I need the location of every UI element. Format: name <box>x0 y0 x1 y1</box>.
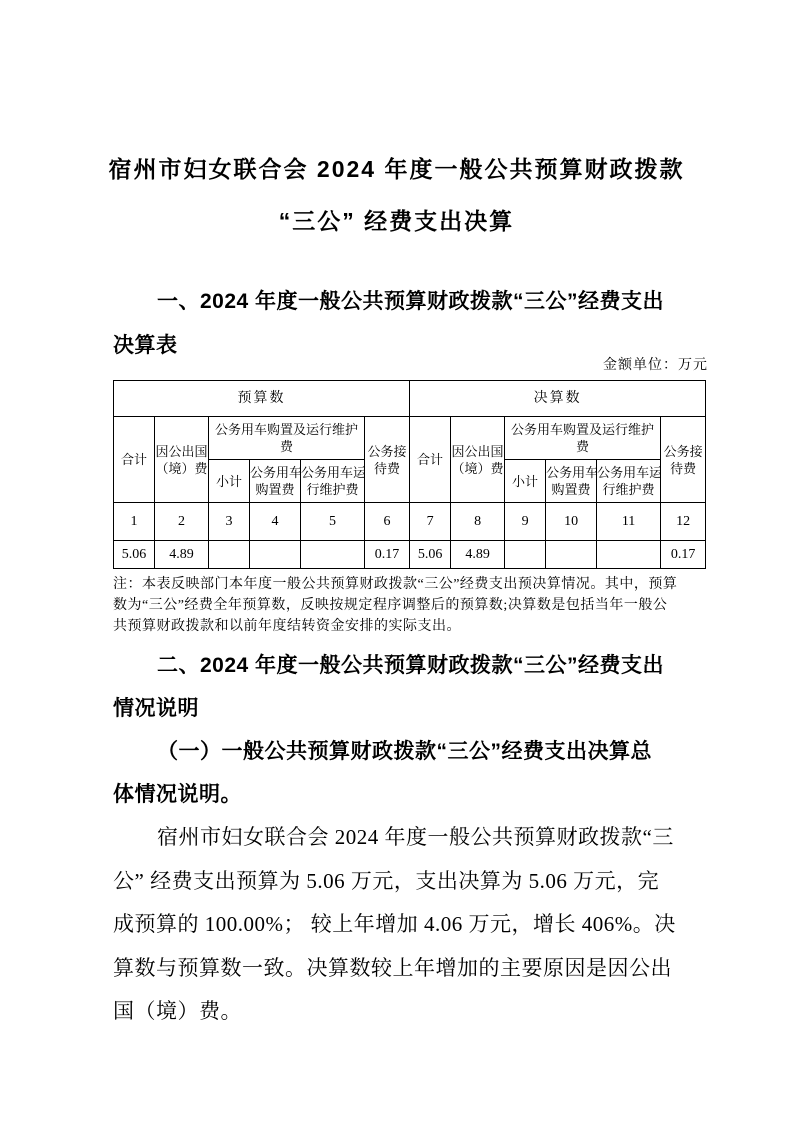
budget-reception-header-line-2: 待费 <box>365 460 409 477</box>
budget-total-header: 合计 <box>114 417 155 503</box>
three-public-expense-table: 预算数 决算数 合计 因公出国 （境）费 公务用车购置及运行维护费 公务接 待费… <box>113 380 706 569</box>
col-number: 2 <box>155 503 209 541</box>
final-vehicle-maintenance-line-1: 公务用车运 <box>597 464 660 481</box>
title-line-1: 宿州市妇女联合会 2024 年度一般公共预算财政拨款 <box>0 143 793 195</box>
budget-reception-header: 公务接 待费 <box>365 417 410 503</box>
table-header-row-top: 合计 因公出国 （境）费 公务用车购置及运行维护费 公务接 待费 合计 因公出国… <box>114 417 706 460</box>
col-number: 7 <box>410 503 451 541</box>
budget-vehicle-group-header: 公务用车购置及运行维护费 <box>209 417 365 460</box>
note-line-2: 数为“三公”经费全年预算数，反映按规定程序调整后的预算数;决算数是包括当年一般公 <box>113 595 708 616</box>
value-cell: 4.89 <box>155 541 209 569</box>
value-cell <box>597 541 661 569</box>
paragraph-line-4: 算数与预算数一致。决算数较上年增加的主要原因是因公出 <box>113 947 708 991</box>
final-total-header: 合计 <box>410 417 451 503</box>
final-abroad-header-line-2: （境）费 <box>451 460 504 477</box>
section2-heading-line-1: 二、2024 年度一般公共预算财政拨款“三公”经费支出 <box>113 644 708 687</box>
budget-vehicle-subtotal-header: 小计 <box>209 460 250 503</box>
final-abroad-header-line-1: 因公出国 <box>451 443 504 460</box>
budget-group-header: 预算数 <box>114 381 410 417</box>
value-cell: 5.06 <box>410 541 451 569</box>
paragraph-line-3: 成预算的 100.00%； 较上年增加 4.06 万元，增长 406%。决 <box>113 903 708 947</box>
value-cell <box>209 541 250 569</box>
final-vehicle-maintenance-header: 公务用车运 行维护费 <box>597 460 661 503</box>
final-vehicle-subtotal-header: 小计 <box>505 460 546 503</box>
subsection1-heading-line-1: （一）一般公共预算财政拨款“三公”经费支出决算总 <box>113 730 708 773</box>
note-line-3: 共预算财政拨款和以前年度结转资金安排的实际支出。 <box>113 616 708 637</box>
final-vehicle-group-header: 公务用车购置及运行维护费 <box>505 417 661 460</box>
col-number: 6 <box>365 503 410 541</box>
budget-vehicle-maintenance-line-1: 公务用车运 <box>301 464 364 481</box>
body-paragraph: 宿州市妇女联合会 2024 年度一般公共预算财政拨款“三 公” 经费支出预算为 … <box>113 816 708 1034</box>
value-cell <box>301 541 365 569</box>
budget-vehicle-maintenance-line-2: 行维护费 <box>301 481 364 498</box>
col-number: 12 <box>661 503 706 541</box>
budget-abroad-header: 因公出国 （境）费 <box>155 417 209 503</box>
budget-vehicle-purchase-line-2: 购置费 <box>250 481 300 498</box>
final-vehicle-purchase-line-2: 购置费 <box>546 481 596 498</box>
paragraph-line-5: 国（境）费。 <box>113 990 708 1034</box>
col-number: 11 <box>597 503 661 541</box>
final-reception-header: 公务接 待费 <box>661 417 706 503</box>
paragraph-line-2: 公” 经费支出预算为 5.06 万元，支出决算为 5.06 万元，完 <box>113 860 708 904</box>
budget-abroad-header-line-2: （境）费 <box>155 460 208 477</box>
col-number: 8 <box>451 503 505 541</box>
final-vehicle-purchase-header: 公务用车 购置费 <box>546 460 597 503</box>
value-cell: 0.17 <box>661 541 706 569</box>
section1-heading-line-1: 一、2024 年度一般公共预算财政拨款“三公”经费支出 <box>113 280 708 324</box>
value-cell: 0.17 <box>365 541 410 569</box>
budget-reception-header-line-1: 公务接 <box>365 443 409 460</box>
section2-heading-line-2: 情况说明 <box>113 687 708 730</box>
document-title: 宿州市妇女联合会 2024 年度一般公共预算财政拨款 “三公” 经费支出决算 <box>0 143 793 247</box>
subsection1-heading-line-2: 体情况说明。 <box>113 773 708 816</box>
final-group-header: 决算数 <box>410 381 706 417</box>
document-page: 宿州市妇女联合会 2024 年度一般公共预算财政拨款 “三公” 经费支出决算 一… <box>0 0 793 1122</box>
value-cell <box>546 541 597 569</box>
col-number: 10 <box>546 503 597 541</box>
note-line-1: 注：本表反映部门本年度一般公共预算财政拨款“三公”经费支出预决算情况。其中，预算 <box>113 574 708 595</box>
value-cell <box>505 541 546 569</box>
value-cell: 4.89 <box>451 541 505 569</box>
subsection1-heading: （一）一般公共预算财政拨款“三公”经费支出决算总 体情况说明。 <box>113 730 708 816</box>
final-abroad-header: 因公出国 （境）费 <box>451 417 505 503</box>
value-cell <box>250 541 301 569</box>
value-cell: 5.06 <box>114 541 155 569</box>
table-group-header-row: 预算数 决算数 <box>114 381 706 417</box>
paragraph-line-1: 宿州市妇女联合会 2024 年度一般公共预算财政拨款“三 <box>113 816 708 860</box>
title-line-2: “三公” 经费支出决算 <box>0 195 793 247</box>
col-number: 1 <box>114 503 155 541</box>
table-note: 注：本表反映部门本年度一般公共预算财政拨款“三公”经费支出预决算情况。其中，预算… <box>113 574 708 637</box>
final-vehicle-purchase-line-1: 公务用车 <box>546 464 596 481</box>
final-reception-header-line-1: 公务接 <box>661 443 705 460</box>
final-reception-header-line-2: 待费 <box>661 460 705 477</box>
col-number: 9 <box>505 503 546 541</box>
col-number: 3 <box>209 503 250 541</box>
col-number: 4 <box>250 503 301 541</box>
budget-vehicle-purchase-header: 公务用车 购置费 <box>250 460 301 503</box>
table-column-number-row: 1 2 3 4 5 6 7 8 9 10 11 12 <box>114 503 706 541</box>
budget-abroad-header-line-1: 因公出国 <box>155 443 208 460</box>
budget-vehicle-maintenance-header: 公务用车运 行维护费 <box>301 460 365 503</box>
final-vehicle-maintenance-line-2: 行维护费 <box>597 481 660 498</box>
amount-unit-label: 金额单位：万元 <box>113 355 708 376</box>
table-value-row: 5.06 4.89 0.17 5.06 4.89 0.17 <box>114 541 706 569</box>
col-number: 5 <box>301 503 365 541</box>
section2-heading: 二、2024 年度一般公共预算财政拨款“三公”经费支出 情况说明 <box>113 644 708 730</box>
budget-vehicle-purchase-line-1: 公务用车 <box>250 464 300 481</box>
